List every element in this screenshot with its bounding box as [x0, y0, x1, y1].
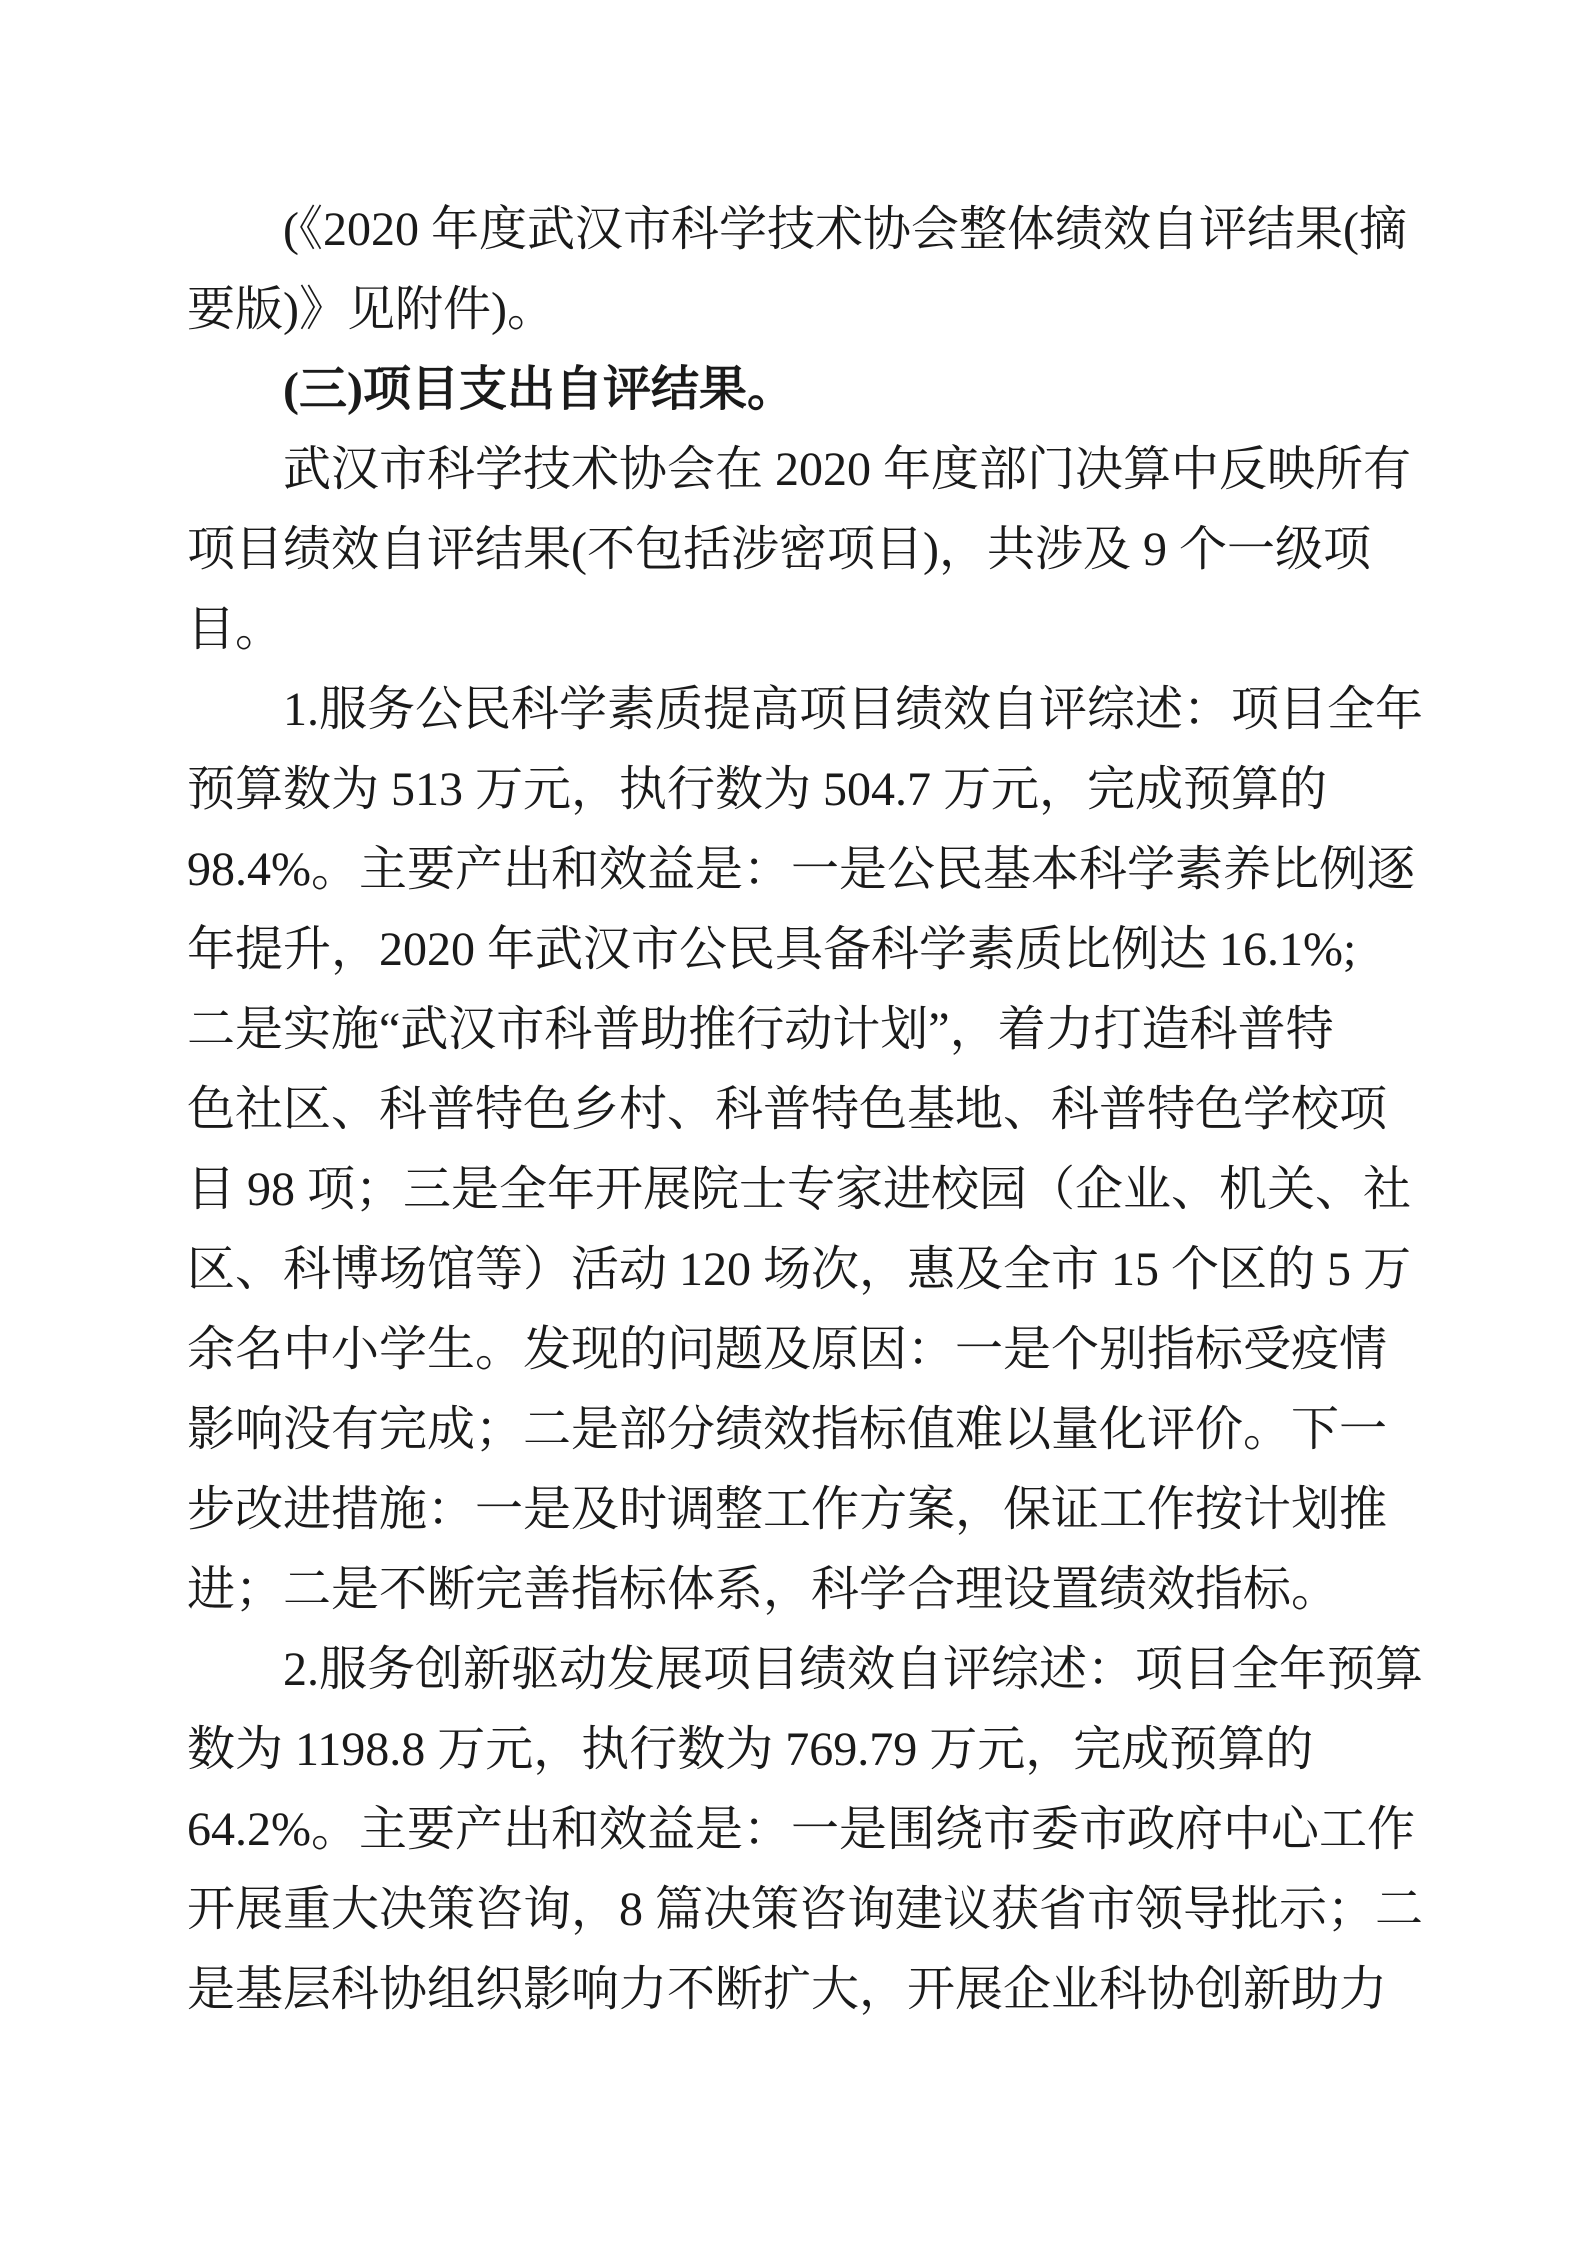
text-line-16: 影响没有完成；二是部分绩效指标值难以量化评价。下一 [187, 1390, 1437, 1470]
text-line-13: 目 98 项；三是全年开展院士专家进校园（企业、机关、社 [187, 1150, 1437, 1230]
text-line-12: 色社区、科普特色乡村、科普特色基地、科普特色学校项 [187, 1070, 1437, 1150]
text-line-8: 预算数为 513 万元，执行数为 504.7 万元，完成预算的 [187, 750, 1437, 830]
document-text-block: (《2020 年度武汉市科学技术协会整体绩效自评结果(摘 要版)》见附件)。 (… [187, 190, 1437, 2030]
text-line-22: 开展重大决策咨询，8 篇决策咨询建议获省市领导批示；二 [187, 1870, 1437, 1950]
text-line-18: 进；二是不断完善指标体系，科学合理设置绩效指标。 [187, 1550, 1437, 1630]
note-line-1: (《2020 年度武汉市科学技术协会整体绩效自评结果(摘 [187, 190, 1437, 270]
text-line-17: 步改进措施：一是及时调整工作方案，保证工作按计划推 [187, 1470, 1437, 1550]
section-heading: (三)项目支出自评结果。 [187, 350, 1437, 430]
document-page: (《2020 年度武汉市科学技术协会整体绩效自评结果(摘 要版)》见附件)。 (… [0, 0, 1588, 2246]
text-line-10: 年提升，2020 年武汉市公民具备科学素质比例达 16.1%; [187, 910, 1437, 990]
text-line-5: 项目绩效自评结果(不包括涉密项目)，共涉及 9 个一级项 [187, 510, 1437, 590]
text-line-21: 64.2%。主要产出和效益是：一是围绕市委市政府中心工作 [187, 1790, 1437, 1870]
text-line-7: 1.服务公民科学素质提高项目绩效自评综述：项目全年 [187, 670, 1437, 750]
text-line-15: 余名中小学生。发现的问题及原因：一是个别指标受疫情 [187, 1310, 1437, 1390]
text-line-20: 数为 1198.8 万元，执行数为 769.79 万元，完成预算的 [187, 1710, 1437, 1790]
text-line-4: 武汉市科学技术协会在 2020 年度部门决算中反映所有 [187, 430, 1437, 510]
text-line-14: 区、科博场馆等）活动 120 场次，惠及全市 15 个区的 5 万 [187, 1230, 1437, 1310]
note-line-2: 要版)》见附件)。 [187, 270, 1437, 350]
text-line-23: 是基层科协组织影响力不断扩大，开展企业科协创新助力 [187, 1950, 1437, 2030]
text-line-11: 二是实施“武汉市科普助推行动计划”，着力打造科普特 [187, 990, 1437, 1070]
text-line-19: 2.服务创新驱动发展项目绩效自评综述：项目全年预算 [187, 1630, 1437, 1710]
text-line-6: 目。 [187, 590, 1437, 670]
text-line-9: 98.4%。主要产出和效益是：一是公民基本科学素养比例逐 [187, 830, 1437, 910]
